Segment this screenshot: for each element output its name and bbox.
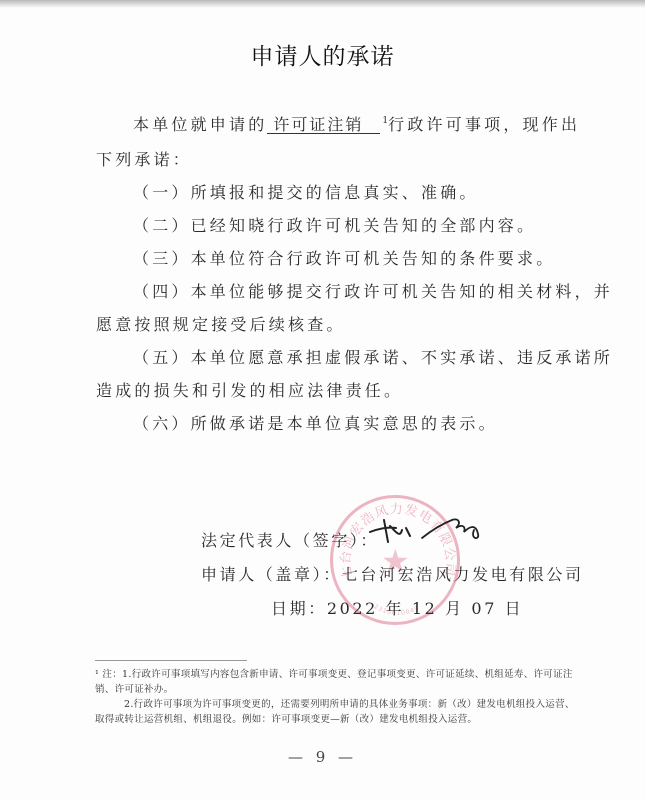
filled-permit-item: 许可证注销 [267,116,380,134]
footnote-line-2: 销、许可证补办。 [95,681,173,695]
applicant-name: 七台河宏浩风力发电有限公司 [342,565,584,584]
intro-suffix: 行政许可事项，现作出 [388,115,580,134]
commitment-2: （二）已经知晓行政许可机关告知的全部内容。 [133,213,536,236]
commitment-1: （一）所填报和提交的信息真实、准确。 [133,180,479,203]
commitment-4-line-2: 愿意按照规定接受后续核查。 [96,312,346,335]
intro-continuation: 下列承诺： [96,147,192,170]
commitment-3: （三）本单位符合行政许可机关告知的条件要求。 [133,246,555,269]
commitment-5-line-2: 造成的损失和引发的相应法律责任。 [96,378,403,401]
applicant-line: 申请人（盖章）：七台河宏浩风力发电有限公司 [201,562,584,585]
scan-top-edge [0,0,645,8]
footnote-line-4: 取得或转让运营机组、机组退役。例如：许可事项变更—新（改）建发电机组投入运营。 [95,711,477,725]
legal-rep-label: 法定代表人（签字）： [201,528,379,551]
date-line: 日期：2022 年 12 月 07 日 [271,596,523,619]
date-label: 日期： [271,599,327,618]
commitment-4-line-1: （四）本单位能够提交行政许可机关告知的相关材料，并 [133,279,613,302]
intro-prefix: 本单位就申请的 [133,115,267,134]
page-number: — 9 — [0,748,645,766]
footnote-line-3: 2.行政许可事项为许可事项变更的，还需要列明所申请的具体业务事项：新（改）建发电… [124,696,575,710]
applicant-label: 申请人（盖章）： [201,565,342,584]
footnote-divider [95,660,247,661]
date-value: 2022 年 12 月 07 日 [327,599,523,618]
footnote-line-1: ¹ 注：1.行政许可事项填写内容包含新申请、许可事项变更、登记事项变更、许可证延… [95,666,573,680]
commitment-6: （六）所做承诺是本单位真实意思的表示。 [133,411,498,434]
intro-line: 本单位就申请的许可证注销1行政许可事项，现作出 [133,112,580,135]
handwritten-signature [366,510,496,550]
commitment-5-line-1: （五）本单位愿意承担虚假承诺、不实承诺、违反承诺所 [133,345,613,368]
page-title: 申请人的承诺 [0,38,645,71]
